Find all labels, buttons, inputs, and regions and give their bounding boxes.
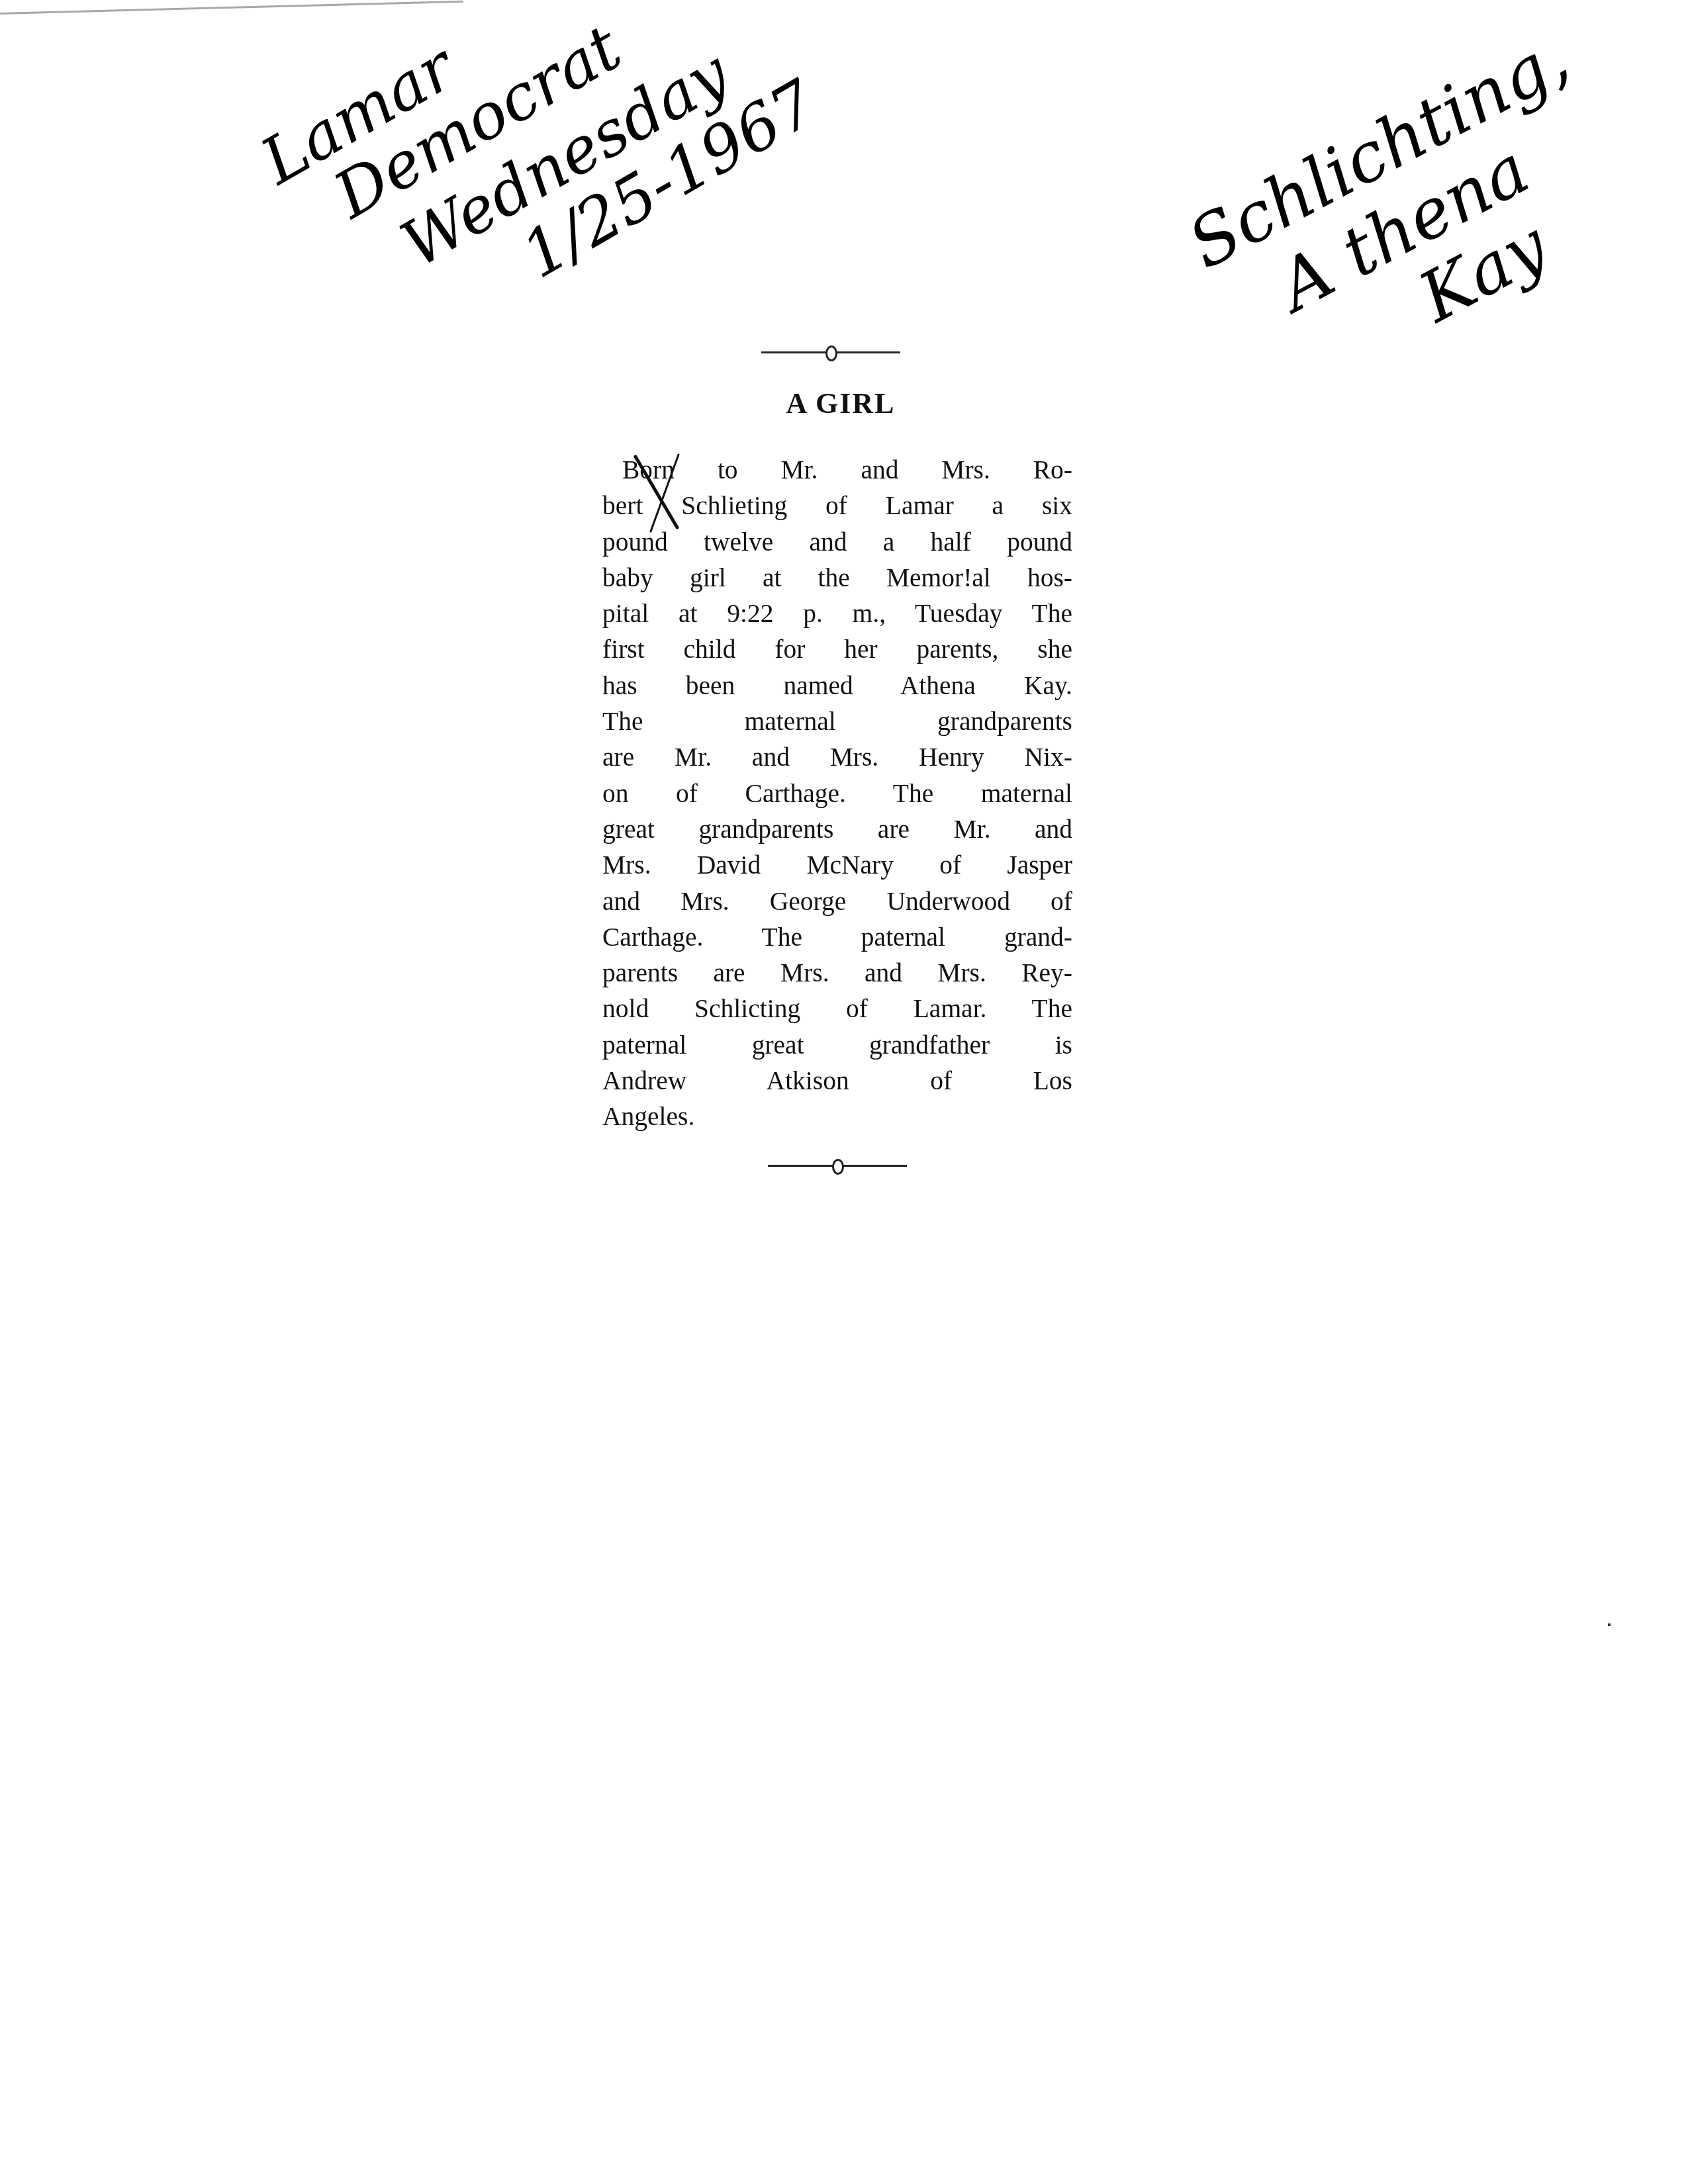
clipping-text-line: bert Schlieting of Lamar a six — [602, 488, 1072, 523]
clipping-text-line: paternal great grandfather is — [602, 1027, 1072, 1063]
separator-rule — [761, 344, 900, 360]
clipping-text-line: Mrs. David McNary of Jasper — [602, 847, 1072, 883]
separator-ornament-icon — [825, 345, 837, 361]
clipping-text-line: pital at 9:22 p. m., Tuesday The — [602, 596, 1072, 631]
clipping-text-line: Carthage. The paternal grand- — [602, 919, 1072, 955]
scan-speck — [1608, 1623, 1611, 1626]
scan-edge-line — [0, 1, 463, 15]
clipping-text-line: are Mr. and Mrs. Henry Nix- — [602, 739, 1072, 775]
clipping-text-line: pound twelve and a half pound — [602, 524, 1072, 560]
clipping-text-line: has been named Athena Kay. — [602, 668, 1072, 704]
clipping-text-line: nold Schlicting of Lamar. The — [602, 991, 1072, 1026]
clipping-text-line: great grandparents are Mr. and — [602, 811, 1072, 847]
clipping-text-line: Andrew Atkison of Los — [602, 1063, 1072, 1099]
clipping-headline: A GIRL — [602, 387, 1072, 420]
clipping-text-line: and Mrs. George Underwood of — [602, 884, 1072, 919]
newspaper-clipping: A GIRL Born to Mr. and Mrs. Ro-bert Schl… — [602, 344, 1072, 1173]
clipping-text-line: on of Carthage. The maternal — [602, 776, 1072, 811]
clipping-text-line: first child for her parents, she — [602, 631, 1072, 667]
clipping-text-line: Born to Mr. and Mrs. Ro- — [602, 452, 1072, 488]
clipping-text-line: baby girl at the Memor!al hos- — [602, 560, 1072, 596]
separator-ornament-icon — [832, 1159, 844, 1175]
clipping-body: Born to Mr. and Mrs. Ro-bert Schlieting … — [602, 452, 1072, 1135]
separator-rule — [768, 1158, 907, 1173]
clipping-text-line: The maternal grandparents — [602, 704, 1072, 739]
clipping-text-line: parents are Mrs. and Mrs. Rey- — [602, 955, 1072, 991]
clipping-text-line: Angeles. — [602, 1099, 1072, 1134]
